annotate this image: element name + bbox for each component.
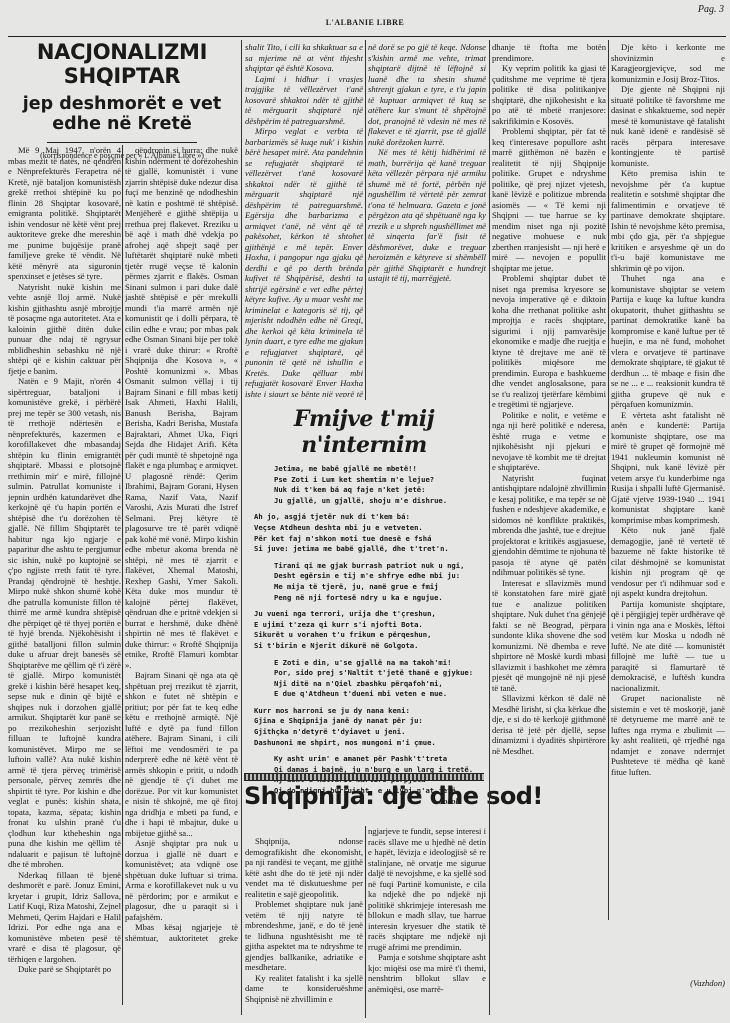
poem-stanza: E Zoti e din, u'se gjallë na ma takoh'mi… bbox=[244, 658, 484, 700]
poem-line: Peng në nji fortesë ndry u ka e ngujue. bbox=[274, 593, 484, 604]
column-divider bbox=[365, 826, 366, 1018]
paragraph: Bajram Sinani që nga ata që shpëtuan pre… bbox=[125, 670, 238, 838]
paragraph: Mbas kësaj ngjarjeje të shëmtuar, auktor… bbox=[125, 922, 238, 945]
newspaper-page: Pag. 3 L'ALBANIE LIBRE NACJONALIZMI SHQI… bbox=[0, 0, 730, 1023]
column-divider bbox=[241, 40, 242, 1015]
paragraph: Problemi shqiptar, për fat të keq t'inte… bbox=[492, 126, 606, 273]
paragraph: dhanje të ftofta me botën prendimore. bbox=[492, 42, 606, 63]
paragraph: Këto nuk janë fjalë demagogjie, janë të … bbox=[611, 525, 725, 599]
article1-column-1: Më 9 Maj 1947, n'orën 4 mbas mezit të na… bbox=[8, 145, 121, 1015]
article1-column-3: shalit Tito, i cili ka shkaktuar sa e sa… bbox=[245, 42, 363, 397]
masthead: L'ALBANIE LIBRE bbox=[0, 18, 730, 27]
paragraph: Politike e nolit, e vetëme e nga nji her… bbox=[492, 410, 606, 473]
paragraph: Lajmi i hidhur i vrasjes trajgjike të vë… bbox=[245, 74, 363, 127]
paragraph: Natyrisht fuqinat antishqiptare ndalojnë… bbox=[492, 473, 606, 578]
paragraph: Ky veprim politik ka gjasi të çuditshme … bbox=[492, 63, 606, 126]
paragraph: ngjarjeve te fundit, sepse interesi i ra… bbox=[368, 826, 486, 952]
paragraph: Interesat e sllavizmës mund të konstatoh… bbox=[492, 578, 606, 694]
poem-line: Si juve: jetima me babë gjallë, dhe t'tr… bbox=[254, 544, 484, 555]
paragraph: Këto premisa ishin te nevojshme për t'a … bbox=[611, 168, 725, 273]
poem-stanza: Ju vueni nga terrori, urija dhe t'çreshu… bbox=[244, 609, 484, 651]
article1-headline: NACJONALIZMI SHQIPTAR jep deshmorët e ve… bbox=[6, 40, 238, 160]
article2-column-1: Shqipnija, ndonse demografikisht dhe eko… bbox=[245, 836, 363, 1016]
poem-line: Me mija të tjerë, ju, nanë grue e fmij bbox=[274, 582, 484, 593]
paragraph: Sllavizmi kërkon të dalë në Mesdhë liris… bbox=[492, 693, 606, 756]
article2-column-4: Dje këto i kerkonte me shovinizmin e Kar… bbox=[611, 42, 725, 977]
poem-line: Për ket faj m'shkon moti tue dnesë e fsh… bbox=[254, 534, 484, 545]
poem-line: Gjithçka n'detyrë t'dyiavet u jeni. bbox=[254, 727, 484, 738]
headline-rule bbox=[47, 142, 197, 143]
paragraph: Ky realitet fatalisht i ka sjellë dame t… bbox=[245, 973, 363, 1005]
poem-stanza: Ah jo, asgjá tjetër nuk di t'kem bá: Veç… bbox=[244, 512, 484, 554]
poem-line: Nji ditë na n'Qiel zbashku përqafoh'mi, bbox=[274, 679, 484, 690]
column-divider bbox=[608, 40, 609, 920]
paragraph: E vërteta asht fatalisht në anën e kunde… bbox=[611, 410, 725, 526]
poem-line: E ujimi t'zeza qi kurr s'i njofti Bota. bbox=[254, 620, 484, 631]
article2-column-2: ngjarjeve te fundit, sepse interesi i ra… bbox=[368, 826, 486, 1016]
article1-subtitle: jep deshmorët e vet edhe në Kretë bbox=[6, 94, 238, 134]
header-rule bbox=[8, 36, 726, 37]
paragraph: Natyrisht nukë kishin me vehte asnjë llo… bbox=[8, 282, 121, 377]
paragraph: Problemet shqiptare nuk janë vetëm të nj… bbox=[245, 899, 363, 973]
article1-title: NACJONALIZMI SHQIPTAR bbox=[6, 40, 238, 88]
paragraph: Dje gjente në Shqipni nji situatë politi… bbox=[611, 84, 725, 168]
paragraph: Duke parë se Shqiptarët po bbox=[8, 964, 121, 975]
poem-line: Desht egërsin e tij m'e shfrye edhe mbi … bbox=[274, 571, 484, 582]
article2-title: Shqipnija: dje dhe sod! bbox=[244, 782, 489, 810]
poem-line: Veçse Atdheun deshta mbi ju e vetveten. bbox=[254, 523, 484, 534]
paragraph: Shqipnija, ndonse demografikisht dhe eko… bbox=[245, 836, 363, 899]
paragraph: Pamja e sotshme shqiptare asht kjo: miqë… bbox=[368, 952, 486, 994]
poem-stanza: Jetima, me babë gjallë me mbetë!! Pse Zo… bbox=[244, 464, 484, 506]
poem-title: Fmijve t'mij n'internim bbox=[244, 406, 484, 458]
paragraph: Partija komuniste shqiptare, që i përgji… bbox=[611, 599, 725, 694]
article1-column-4: në dorë se po gjë të keqe. Ndonse s'kish… bbox=[368, 42, 486, 397]
paragraph: Thuhet nga ana e komunistave shqiptar se… bbox=[611, 273, 725, 410]
paragraph: Në mes të këtij hidhërimi të math, burrë… bbox=[368, 147, 486, 284]
article2-column-3: dhanje të ftofta me botën prendimore. Ky… bbox=[492, 42, 606, 1017]
poem-line: E due q'Atdheun t'dueni mbi veten e mue. bbox=[274, 689, 484, 700]
poem-stanza: Kurr mos harroni se ju dy nana keni: Gji… bbox=[244, 706, 484, 748]
poem-line: Tirani qi me gjak burrash patriot nuk u … bbox=[274, 561, 484, 572]
poem-line: Por, sido prej s'Naltit t'jetë thanë e g… bbox=[274, 668, 484, 679]
page-number: Pag. 3 bbox=[698, 4, 724, 15]
paragraph: Dje këto i kerkonte me shovinizmin e Kar… bbox=[611, 42, 725, 84]
poem-line: Kurr mos harroni se ju dy nana keni: bbox=[254, 706, 484, 717]
poem-stanza: Tirani qi me gjak burrash patriot nuk u … bbox=[244, 561, 484, 603]
paragraph: Nderkaq fillaan të bjenë deshmorët e par… bbox=[8, 870, 121, 965]
column-divider bbox=[122, 145, 123, 1005]
paragraph: në dorë se po gjë të keqe. Ndonse s'kish… bbox=[368, 42, 486, 147]
poem: Fmijve t'mij n'internim Jetima, me babë … bbox=[244, 406, 484, 706]
poem-line: Si t'birin e Njerit dikurë në Golgota. bbox=[254, 641, 484, 652]
poem-line: Dashunoni me shpirt, mos mungoni m'i çmu… bbox=[254, 738, 484, 749]
poem-line: Jetima, me babë gjallë me mbetë!! bbox=[274, 464, 484, 475]
continued-label: (Vazhdon) bbox=[690, 978, 725, 988]
paragraph: Mirpo veglat e verbta të barbarizmës së … bbox=[245, 126, 363, 397]
poem-line: E Zoti e din, u'se gjallë na ma takoh'mi… bbox=[274, 658, 484, 669]
column-divider bbox=[489, 40, 490, 1015]
paragraph: Asnjë shqiptar pra nuk u dorzua i gjallë… bbox=[125, 838, 238, 922]
paragraph: Më 9 Maj 1947, n'orën 4 mbas mezit të na… bbox=[8, 145, 121, 282]
paragraph: Grupet nacionaliste në sistemin e vet të… bbox=[611, 693, 725, 777]
paragraph: shalit Tito, i cili ka shkaktuar sa e sa… bbox=[245, 42, 363, 74]
column-divider bbox=[365, 40, 366, 400]
paragraph: qëndronin si burra; dhe nukë kishin ndër… bbox=[125, 145, 238, 670]
ornamental-border bbox=[244, 773, 484, 781]
poem-line: Gjina e Shqipnija janë dy nanat për ju: bbox=[254, 716, 484, 727]
poem-line: Pse Zoti i Lum ket shemtim m'e lejue? bbox=[274, 475, 484, 486]
article1-column-2: qëndronin si burra; dhe nukë kishin ndër… bbox=[125, 145, 238, 945]
poem-line: Ju gjallë, un gjallë, shoju m'e dishrue. bbox=[274, 496, 484, 507]
continued-note: (Vazhdon) bbox=[611, 978, 725, 992]
poem-line: Ju vueni nga terrori, urija dhe t'çreshu… bbox=[254, 609, 484, 620]
paragraph: Natën e 9 Majit, n'orën 4 sipërtreguar, … bbox=[8, 376, 121, 870]
poem-line: Nuk di t'kem bá aq faje n'ket jetë: bbox=[274, 485, 484, 496]
poem-line: Sikurët u vorahen t'u frikum e përqeshun… bbox=[254, 630, 484, 641]
paragraph: Problemi shqiptar dubet të niset nga pre… bbox=[492, 273, 606, 410]
poem-line: Ah jo, asgjá tjetër nuk di t'kem bá: bbox=[254, 512, 484, 523]
poem-line: Ky asht urim' e amanet për Pashk't'treta bbox=[274, 754, 484, 765]
